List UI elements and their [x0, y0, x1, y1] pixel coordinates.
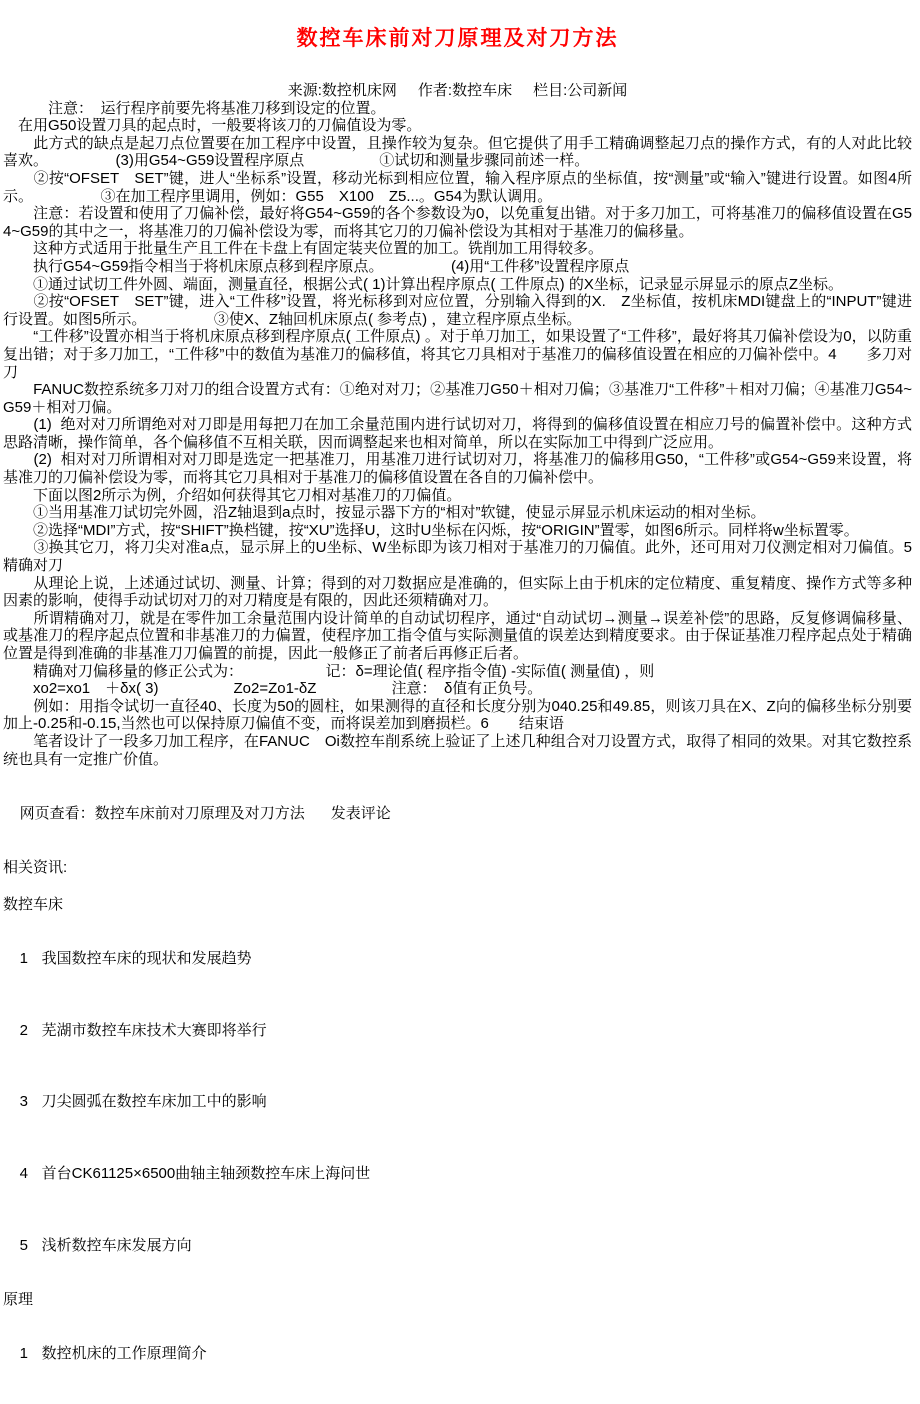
related-heading: 相关资讯: [3, 859, 912, 877]
paragraph-step1-relative-coords: ①当用基准刀试切完外圆，沿Z轴退到a点时，按显示器下方的“相对”软键，使显示屏显… [3, 504, 912, 522]
related-item-2[interactable]: 2芜湖市数控车床技术大赛即将举行 [3, 1004, 912, 1057]
related-item-4[interactable]: 4首台CK61125×6500曲轴主轴颈数控车床上海问世 [3, 1147, 912, 1200]
article-body: 注意： 运行程序前要先将基准刀移到设定的位置。 在用G50设置刀具的起点时，一般… [3, 100, 912, 769]
article-page: 数控车床前对刀原理及对刀方法 来源:数控机床网作者:数控车床栏目:公司新闻 注意… [0, 0, 920, 1404]
paragraph-note-1: 注意： 运行程序前要先将基准刀移到设定的位置。 [3, 100, 912, 118]
page-view-label: 网页查看： [20, 805, 95, 822]
paragraph-drawback-g54-g59: 此方式的缺点是起刀点位置要在加工程序中设置，且操作较为复杂。但它提供了用手工精确… [3, 135, 912, 170]
meta-author-value: 数控车床 [452, 82, 512, 99]
article-meta: 来源:数控机床网作者:数控车床栏目:公司新闻 [3, 82, 912, 100]
related-item-4-number: 4 [20, 1165, 42, 1183]
meta-column-value: 公司新闻 [567, 82, 627, 99]
paragraph-conclusion: 笔者设计了一段多刀加工程序，在FANUC Oi数控车削系统上验证了上述几种组合对… [3, 733, 912, 768]
related-item-1-link[interactable]: 我国数控车床的现状和发展趋势 [42, 950, 252, 967]
paragraph-correction-formula-intro: 精确对刀偏移量的修正公式为： 记：δ=理论值( 程序指令值) -实际值( 测量值… [3, 663, 912, 681]
paragraph-note-offset-compensation: 注意：若设置和使用了刀偏补偿，最好将G54~G59的各个参数设为0，以免重复出错… [3, 205, 912, 240]
related-item-principle-1[interactable]: 1数控机床的工作原理简介 [3, 1328, 912, 1381]
paragraph-g54-g59-workpiece-shift: 执行G54~G59指令相当于将机床原点移到程序原点。 (4)用“工件移”设置程序… [3, 258, 912, 276]
paragraph-ofset-coord-system: ②按“OFSET SET”键，进人“坐标系”设置，移动光标到相应位置，输入程序原… [3, 170, 912, 205]
paragraph-step3-section5: ③换其它刀，将刀尖对准a点，显示屏上的U坐标、W坐标即为该刀相对于基准刀的刀偏值… [3, 539, 912, 574]
paragraph-batch-production: 这种方式适用于批量生产且工件在卡盘上有固定装夹位置的加工。铣削加工用得较多。 [3, 240, 912, 258]
meta-author: 作者:数控车床 [418, 82, 512, 99]
related-item-4-link[interactable]: 首台CK61125×6500曲轴主轴颈数控车床上海问世 [42, 1165, 371, 1182]
paragraph-example-section6: 例如：用指令试切一直径40、长度为50的圆柱，如果测得的直径和长度分别为040.… [3, 698, 912, 733]
meta-source-label: 来源: [288, 82, 322, 99]
related-item-3-link[interactable]: 刀尖圆弧在数控车床加工中的影响 [42, 1093, 267, 1110]
paragraph-workpiece-shift-section4: “工件移”设置亦相当于将机床原点移到程序原点( 工件原点) 。对于单刀加工，如果… [3, 328, 912, 381]
paragraph-figure2-intro: 下面以图2所示为例，介绍如何获得其它刀相对基准刀的刀偏值。 [3, 487, 912, 505]
meta-column-label: 栏目: [533, 82, 567, 99]
article-title: 数控车床前对刀原理及对刀方法 [3, 22, 912, 52]
paragraph-theory-accuracy: 从理论上说，上述通过试切、测量、计算；得到的对刀数据应是准确的，但实际上由于机床… [3, 575, 912, 610]
related-item-principle-1-number: 1 [20, 1345, 42, 1363]
related-item-3-number: 3 [20, 1093, 42, 1111]
related-item-1[interactable]: 1我国数控车床的现状和发展趋势 [3, 932, 912, 985]
meta-source: 来源:数控机床网 [288, 82, 397, 99]
related-item-2-link[interactable]: 芜湖市数控车床技术大赛即将举行 [42, 1022, 267, 1039]
related-item-1-number: 1 [20, 950, 42, 968]
related-item-5-number: 5 [20, 1237, 42, 1255]
meta-column: 栏目:公司新闻 [533, 82, 627, 99]
paragraph-fanuc-combinations: FANUC数控系统多刀对刀的组合设置方式有：①绝对对刀；②基准刀G50＋相对刀偏… [3, 381, 912, 416]
related-item-3[interactable]: 3刀尖圆弧在数控车床加工中的影响 [3, 1076, 912, 1129]
related-category-cnc-lathe[interactable]: 数控车床 [3, 896, 912, 914]
related-category-principle[interactable]: 原理 [3, 1291, 912, 1309]
paragraph-absolute-tool-setting: (1) 绝对对刀所谓绝对对刀即是用每把刀在加工余量范围内进行试切对刀，将得到的偏… [3, 416, 912, 451]
related-item-5[interactable]: 5浅析数控车床发展方向 [3, 1219, 912, 1272]
paragraph-correction-formula: xo2=xo1 ＋δx( 3) Zo2=Zo1-δZ 注意： δ值有正负号。 [3, 680, 912, 698]
page-view-article-link[interactable]: 数控车床前对刀原理及对刀方法 [95, 805, 305, 822]
page-view-line: 网页查看：数控车床前对刀原理及对刀方法发表评论 [3, 787, 912, 840]
meta-source-value: 数控机床网 [322, 82, 397, 99]
paragraph-trial-cut-formula: ①通过试切工件外圆、端面，测量直径，根据公式( 1)计算出程序原点( 工件原点)… [3, 276, 912, 294]
paragraph-relative-tool-setting: (2) 相对对刀所谓相对对刀即是选定一把基准刀，用基准刀进行试切对刀，将基准刀的… [3, 451, 912, 486]
paragraph-precise-tool-setting: 所谓精确对刀，就是在零件加工余量范围内设计简单的自动试切程序，通过“自动试切→测… [3, 610, 912, 663]
related-item-2-number: 2 [20, 1022, 42, 1040]
post-comment-link[interactable]: 发表评论 [331, 805, 391, 822]
paragraph-step2-mdi-origin: ②选择“MDI”方式，按“SHIFT”换档键，按“XU”选择U，这时U坐标在闪烁… [3, 522, 912, 540]
related-item-principle-1-link[interactable]: 数控机床的工作原理简介 [42, 1345, 207, 1362]
paragraph-g50-start: 在用G50设置刀具的起点时，一般要将该刀的刀偏值设为零。 [3, 117, 912, 135]
paragraph-ofset-workpiece-shift: ②按“OFSET SET”键，进入“工件移”设置，将光标移到对应位置，分别输入得… [3, 293, 912, 328]
related-item-5-link[interactable]: 浅析数控车床发展方向 [42, 1237, 192, 1254]
meta-author-label: 作者: [418, 82, 452, 99]
